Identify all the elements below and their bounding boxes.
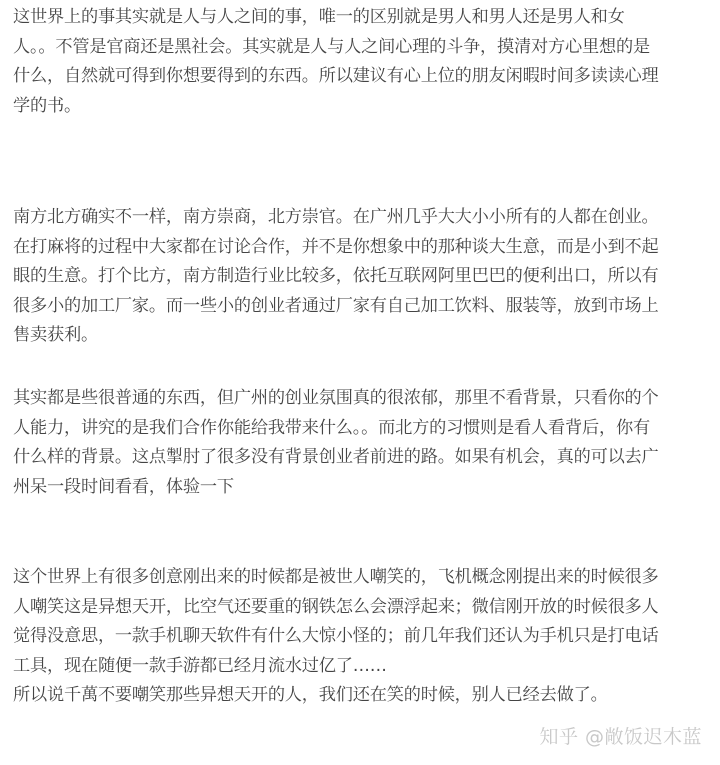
text-line: 所以说千萬不要嘲笑那些异想天开的人，我们还在笑的时候，别人已经去做了。	[13, 681, 713, 711]
text-line: 售卖获利。	[13, 321, 713, 351]
text-line: 在打麻将的过程中大家都在讨论合作，并不是你想象中的那种谈大生意，而是小到不起	[13, 233, 713, 263]
text-line: 南方北方确实不一样，南方崇商，北方崇官。在广州几乎大大小小所有的人都在创业。	[13, 203, 713, 233]
text-line: 学的书。	[13, 92, 713, 122]
text-line: 工具，现在随便一款手游都已经月流水过亿了……	[13, 652, 713, 682]
text-line: 人嘲笑这是异想天开，比空气还要重的钢铁怎么会漂浮起来；微信刚开放的时候很多人	[13, 593, 713, 623]
text-line: 什么样的背景。这点掣肘了很多没有背景创业者前进的路。如果有机会，真的可以去广	[13, 443, 713, 473]
paragraph-2: 南方北方确实不一样，南方崇商，北方崇官。在广州几乎大大小小所有的人都在创业。 在…	[13, 203, 713, 351]
text-line: 这个世界上有很多创意刚出来的时候都是被世人嘲笑的，飞机概念刚提出来的时候很多	[13, 563, 713, 593]
text-line: 这世界上的事其实就是人与人之间的事，唯一的区别就是男人和男人还是男人和女	[13, 3, 713, 33]
zhihu-watermark: 知乎 @敞饭迟木蓝	[539, 722, 702, 749]
text-line: 眼的生意。打个比方，南方制造行业比较多，依托互联网阿里巴巴的便利出口，所以有	[13, 262, 713, 292]
paragraph-3: 其实都是些很普通的东西，但广州的创业氛围真的很浓郁，那里不看背景，只看你的个 人…	[13, 384, 713, 502]
text-line: 人能力，讲究的是我们合作你能给我带来什么。。而北方的习惯则是看人看背后，你有	[13, 414, 713, 444]
paragraph-4: 这个世界上有很多创意刚出来的时候都是被世人嘲笑的，飞机概念刚提出来的时候很多 人…	[13, 563, 713, 711]
text-line: 州呆一段时间看看，体验一下	[13, 473, 713, 503]
text-line: 其实都是些很普通的东西，但广州的创业氛围真的很浓郁，那里不看背景，只看你的个	[13, 384, 713, 414]
text-line: 很多小的加工厂家。而一些小的创业者通过厂家有自己加工饮料、服装等，放到市场上	[13, 292, 713, 322]
text-line: 觉得没意思，一款手机聊天软件有什么大惊小怪的；前几年我们还认为手机只是打电话	[13, 622, 713, 652]
paragraph-1: 这世界上的事其实就是人与人之间的事，唯一的区别就是男人和男人还是男人和女 人。。…	[13, 3, 713, 121]
text-line: 什么，自然就可得到你想要得到的东西。所以建议有心上位的朋友闲暇时间多读读心理	[13, 62, 713, 92]
text-line: 人。。不管是官商还是黑社会。其实就是人与人之间心理的斗争，摸清对方心里想的是	[13, 33, 713, 63]
